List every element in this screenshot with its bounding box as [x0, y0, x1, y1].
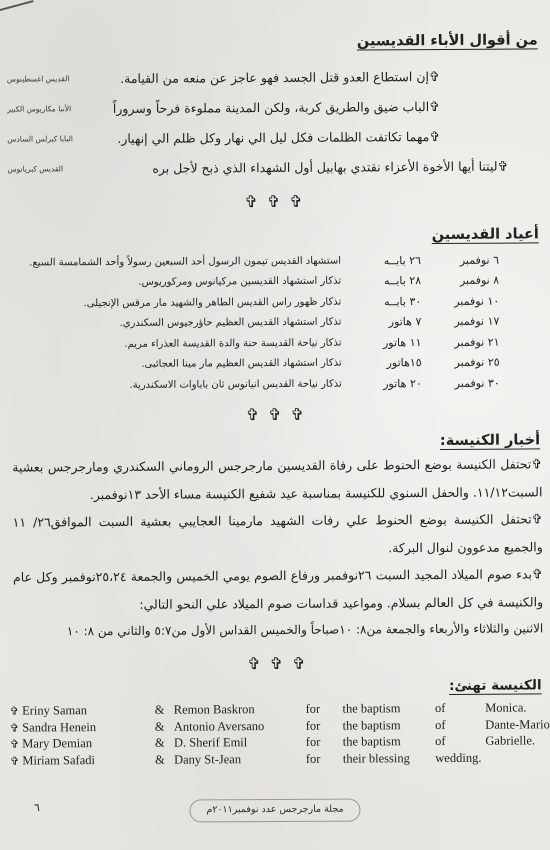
- cross-icon: ✞: [10, 738, 19, 751]
- cross-icon: ✞: [429, 70, 440, 85]
- feast-gregorian-date: ٨ نوفمبر: [421, 270, 499, 291]
- news-item: ✞تحتفل الكنيسة بوضع الحنوط علي رفات الشه…: [13, 505, 543, 563]
- news-section: ✞تحتفل الكنيسة بوضع الحنوط على رفاة القد…: [12, 450, 543, 645]
- footer-journal-label: مجلة مارجرجس عدد نوفمبر٢٠١١م: [206, 804, 343, 816]
- feast-event: استشهاد القديس تيمون الرسول أحد السبعين …: [0, 251, 341, 274]
- cross-icon: ✞: [10, 705, 19, 718]
- saying-row: الأنبا مكاريوس الكبير ✞الباب ضيق والطريق…: [0, 91, 548, 124]
- recipient-name: [483, 749, 550, 766]
- congrats-couple-name: ✞ Sandra Henein: [8, 719, 148, 736]
- saying-row: القديس اغسطينوس ✞إن استطاع العدو قتل الج…: [0, 61, 548, 94]
- of-label: of: [433, 717, 483, 734]
- mass-schedule-line: الاثنين والثلاثاء والأربعاء والجمعة من٨:…: [13, 615, 543, 645]
- saying-author: البابا كيرلس السادس: [7, 124, 73, 154]
- ampersand: &: [147, 702, 171, 719]
- recipient-name: Gabrielle.: [483, 733, 550, 750]
- news-item: ✞بدء صوم الميلاد المجيد السبت ٢٦نوفمبر و…: [13, 560, 543, 618]
- occasion-label: the baptism: [340, 701, 433, 718]
- cross-icon: ✞: [531, 457, 542, 472]
- saying-author: القديس كبريانوس: [7, 154, 63, 184]
- news-item-text: تحتفل الكنيسة بوضع الحنوط على رفاة القدي…: [12, 456, 542, 502]
- news-heading: أخبار الكنيسة:: [0, 432, 550, 451]
- feast-coptic-date: ١١ هاتور: [341, 332, 421, 353]
- saying-text: إن استطاع العدو قتل الجسد فهو عاجز عن من…: [120, 69, 429, 86]
- saying-author: الأنبا مكاريوس الكبير: [7, 94, 71, 124]
- feast-gregorian-date: ١٧ نوفمبر: [421, 311, 499, 332]
- congrats-partner-name: D. Sherif Emil: [172, 734, 304, 751]
- feast-gregorian-date: ١٠ نوفمبر: [421, 291, 499, 312]
- saying-text: مهما تكاتفت الظلمات فكل ليل الي نهار وكل…: [117, 129, 429, 146]
- feast-coptic-date: ٢٦ بابــه: [341, 250, 421, 271]
- recipient-name: Dante-Mario: [483, 716, 550, 733]
- cross-separator-icon: ✞✞✞: [0, 189, 549, 214]
- feast-gregorian-date: ٣٠ نوفمبر: [422, 373, 500, 394]
- name-text: Mary Demian: [22, 736, 92, 750]
- news-item-text: بدء صوم الميلاد المجيد السبت ٢٦نوفمبر ور…: [13, 566, 543, 611]
- for-label: for: [304, 734, 341, 751]
- congrats-partner-name: Remon Baskron: [172, 701, 304, 718]
- congrats-partner-name: Antonio Aversano: [172, 718, 304, 735]
- congrats-heading: الكنيسة تهنئ:: [2, 677, 550, 696]
- congrats-partner-name: Dany St-Jean: [172, 751, 304, 768]
- saying-author: القديس اغسطينوس: [7, 64, 70, 94]
- congrats-couple-name: ✞ Miriam Safadi: [8, 752, 148, 769]
- congrats-couple-name: ✞ Eriny Saman: [8, 702, 148, 719]
- cross-icon: ✞: [497, 160, 508, 175]
- feast-coptic-date: ٣٠ بابــه: [341, 291, 421, 312]
- feast-coptic-date: ٢٠ هاتور: [342, 373, 422, 394]
- magazine-page: من أقوال الأباء القديسين القديس اغسطينوس…: [0, 0, 550, 850]
- page-title: من أقوال الأباء القديسين: [0, 32, 548, 51]
- feasts-table: ٦ نوفمبر ٢٦ بابــه استشهاد القديس تيمون …: [0, 250, 500, 397]
- feast-event: تذكار استشهاد القديسين مركيانوس ومركوريو…: [0, 271, 341, 294]
- congrats-couple-name: ✞ Mary Demian: [8, 735, 148, 752]
- feast-event: تذكار استشهاد القديس العظيم حاؤرجيوس الس…: [0, 312, 341, 335]
- feast-event: تذكار نياحة القديس انيانوس ثان باباوات ا…: [0, 374, 342, 397]
- cross-icon: ✞: [429, 130, 440, 145]
- cross-separator-icon: ✞✞✞: [1, 651, 550, 676]
- of-label: of: [433, 733, 483, 750]
- name-text: Miriam Safadi: [22, 753, 95, 767]
- cross-icon: ✞: [429, 100, 440, 115]
- saying-text: الباب ضيق والطريق كربة، ولكن المدينة ممل…: [113, 99, 429, 116]
- feast-event: تذكار ظهور راس القديس الطاهر والشهيد مار…: [0, 292, 341, 315]
- name-text: Eriny Saman: [22, 703, 87, 717]
- feast-gregorian-date: ٢٥ نوفمبر: [422, 352, 500, 373]
- for-label: for: [304, 718, 341, 735]
- saying-row: القديس كبريانوس ✞ليتنا أيها الأخوة الأعز…: [0, 151, 549, 184]
- of-label: wedding.: [433, 750, 483, 767]
- occasion-label: the baptism: [341, 734, 434, 751]
- news-item-text: تحتفل الكنيسة بوضع الحنوط علي رفات الشهي…: [13, 511, 543, 555]
- occasion-label: the baptism: [341, 717, 434, 734]
- cross-icon: ✞: [532, 512, 543, 527]
- of-label: of: [433, 700, 483, 717]
- feast-coptic-date: ٧ هاتور: [341, 312, 421, 333]
- feasts-heading: أعياد القديسين: [0, 226, 549, 245]
- name-text: Sandra Henein: [22, 720, 96, 734]
- feast-coptic-date: ٢٨ بابــه: [341, 271, 421, 292]
- for-label: for: [304, 701, 341, 718]
- ampersand: &: [148, 735, 172, 752]
- feast-event: تذكار استشهاد القديس العظيم مار مينا الع…: [0, 353, 342, 376]
- cross-icon: ✞: [10, 721, 19, 734]
- occasion-label: their blessing: [341, 750, 434, 767]
- congrats-table: ✞ Eriny Saman & Remon Baskron for the ba…: [8, 700, 550, 769]
- cross-separator-icon: ✞✞✞: [0, 402, 550, 427]
- for-label: for: [304, 751, 341, 768]
- congrats-row: ✞ Miriam Safadi & Dany St-Jean for their…: [8, 749, 550, 769]
- recipient-name: Monica.: [483, 700, 550, 717]
- feast-event: تذكار نياحة القديسة حنة والدة القديسة ال…: [0, 333, 342, 356]
- feast-gregorian-date: ٢١ نوفمبر: [421, 332, 499, 353]
- page-number: ٦: [34, 801, 40, 814]
- cross-icon: ✞: [10, 754, 19, 767]
- ampersand: &: [148, 719, 172, 736]
- feast-gregorian-date: ٦ نوفمبر: [421, 250, 499, 271]
- feast-row: ٣٠ نوفمبر ٢٠ هاتور تذكار نياحة القديس ان…: [0, 373, 500, 397]
- footer-journal-box: مجلة مارجرجس عدد نوفمبر٢٠١١م: [189, 799, 360, 823]
- saying-row: البابا كيرلس السادس ✞مهما تكاتفت الظلمات…: [0, 121, 548, 154]
- saying-text: ليتنا أيها الأخوة الأعزاء نقتدي بهابيل أ…: [152, 159, 497, 176]
- ampersand: &: [148, 752, 172, 769]
- news-item: ✞تحتفل الكنيسة بوضع الحنوط على رفاة القد…: [12, 450, 542, 508]
- sayings-section: القديس اغسطينوس ✞إن استطاع العدو قتل الج…: [0, 61, 549, 184]
- feast-coptic-date: ١٥هاتور: [342, 353, 422, 374]
- cross-icon: ✞: [532, 567, 543, 582]
